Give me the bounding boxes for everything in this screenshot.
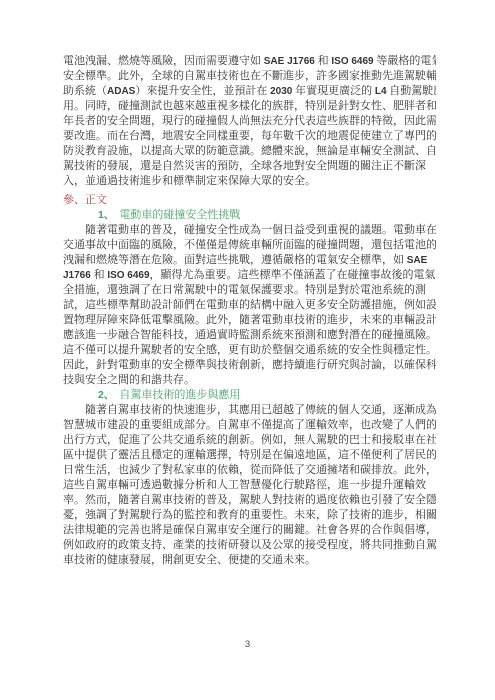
text-line: 電池洩漏、燃燒等風險，因而需要遵守如 SAE J1766 和 ISO 6469 … — [63, 54, 436, 69]
text-line: 全措施，還強調了在日常駕駛中的電氣保護要求。特別是對於電池系統的測 — [63, 283, 436, 298]
latin-text: ISO — [331, 56, 348, 67]
text-line: 日常生活，也減少了對私家車的依賴，從而降低了交通擁堵和碳排放。此外， — [63, 463, 436, 478]
text-line: 助系統（ADAS）來提升安全性，並預計在 2030 年實現更廣泛的 L4 自動駕… — [63, 84, 436, 99]
text-line: 率。然而，隨著自駕車技術的普及，駕駛人對技術的過度依賴也引發了安全隱 — [63, 493, 436, 508]
document-page: 電池洩漏、燃燒等風險，因而需要遵守如 SAE J1766 和 ISO 6469 … — [0, 0, 495, 700]
text-line: 區中提供了靈活且穩定的運輸選擇，特別是在偏遠地區，這不僅便利了居民的 — [63, 448, 436, 463]
text-line: 隨著電動車的普及，碰撞安全性成為一個日益受到重視的議題。電動車在 — [63, 223, 436, 238]
section-2-title: 自駕車技術的進步與應用 — [119, 389, 240, 401]
text-line: 年長者的安全問題，現行的碰撞假人尚無法充分代表這些族群的特徵，因此需 — [63, 114, 436, 129]
text-line: J1766 和 ISO 6469，顯得尤為重要。這些標準不僅涵蓋了在碰撞事故後的… — [63, 268, 436, 283]
section-1-number: 1、 — [98, 209, 114, 221]
main-section-heading: 參、正文 — [63, 193, 436, 208]
latin-text: J1766 — [63, 270, 91, 281]
section-2-heading: 2、自駕車技術的進步與應用 — [98, 388, 436, 403]
latin-text: 6469 — [351, 56, 373, 67]
latin-text: 2030 — [270, 86, 292, 97]
latin-text: 6469 — [127, 270, 149, 281]
text-line: 憂，強調了對駕駛行為的監控和教育的重要性。未來，除了技術的進步，相關 — [63, 508, 436, 523]
text-line: 技與安全之間的和諧共存。 — [63, 373, 436, 388]
section-1-paragraph: 隨著電動車的普及，碰撞安全性成為一個日益受到重視的議題。電動車在交通事故中面臨的… — [63, 223, 436, 388]
latin-text: J1766 — [287, 56, 315, 67]
text-line: 防災教育設施，以提高大眾的防範意識。總體來說，無論是車輛安全測試、自 — [63, 144, 436, 159]
text-line: 試，這些標準幫助設計師們在電動車的結構中融入更多安全防護措施，例如設 — [63, 298, 436, 313]
text-line: 這不僅可以提升駕駛者的安全感，更有助於整個交通系統的安全性與穩定性。 — [63, 343, 436, 358]
latin-text: ISO — [107, 270, 124, 281]
text-line: 智慧城市建設的重要組成部分。自駕車不僅提高了運輸效率，也改變了人們的 — [63, 418, 436, 433]
text-line: 要改進。而在台灣，地震安全同樣重要，每年數千次的地震促使建立了專門的 — [63, 129, 436, 144]
latin-text: SAE — [407, 255, 428, 266]
text-line: 法律規範的完善也將是確保自駕車安全運行的關鍵。社會各界的合作與倡導， — [63, 523, 436, 538]
text-line: 例如政府的政策支持、產業的技術研發以及公眾的接受程度，將共同推動自駕 — [63, 538, 436, 553]
text-line: 交通事故中面臨的風險，不僅僅是傳統車輛所面臨的碰撞問題，還包括電池的 — [63, 238, 436, 253]
text-line: 入，並通過技術進步和標準制定來保障大眾的安全。 — [63, 174, 436, 189]
section-1-heading: 1、電動車的碰撞安全性挑戰 — [98, 208, 436, 223]
text-line: 應該進一步融合智能科技，通過實時監測系統來預測和應對潛在的碰撞風險。 — [63, 328, 436, 343]
latin-text: SAE — [264, 56, 285, 67]
text-line: 隨著自駕車技術的快速進步，其應用已超越了傳統的個人交通，逐漸成為 — [63, 403, 436, 418]
section-1-title: 電動車的碰撞安全性挑戰 — [119, 209, 240, 221]
text-line: 置物理屏障來降低電擊風險。此外，隨著電動車技術的進步，未來的車輛設計 — [63, 313, 436, 328]
page-number: 3 — [0, 639, 495, 651]
text-line: 用。同時，碰撞測試也越來越重視多樣化的族群，特別是針對女性、肥胖者和 — [63, 99, 436, 114]
text-line: 車技術的健康發展，開創更安全、便捷的交通未來。 — [63, 553, 436, 568]
page-content: 電池洩漏、燃燒等風險，因而需要遵守如 SAE J1766 和 ISO 6469 … — [63, 54, 436, 568]
text-line: 因此，針對電動車的安全標準與技術創新，應持續進行研究與討論，以確保科 — [63, 358, 436, 373]
text-line: 安全標準。此外，全球的自駕車技術也在不斷進步，許多國家推動先進駕駛輔 — [63, 69, 436, 84]
latin-text: ADAS — [107, 86, 135, 97]
text-line: 出行方式，促進了公共交通系統的創新。例如，無人駕駛的巴士和接駁車在社 — [63, 433, 436, 448]
text-line: 洩漏和燃燒等潛在危險。面對這些挑戰，遵循嚴格的電氣安全標準，如 SAE — [63, 253, 436, 268]
text-line: 駕技術的發展，還是自然災害的預防，全球各地對安全問題的關注正不斷深 — [63, 159, 436, 174]
section-2-paragraph: 隨著自駕車技術的快速進步，其應用已超越了傳統的個人交通，逐漸成為智慧城市建設的重… — [63, 403, 436, 568]
intro-paragraph: 電池洩漏、燃燒等風險，因而需要遵守如 SAE J1766 和 ISO 6469 … — [63, 54, 436, 189]
section-2-number: 2、 — [98, 389, 114, 401]
text-line: 這些自駕車輛可透過數據分析和人工智慧優化行駛路徑，進一步提升運輸效 — [63, 478, 436, 493]
latin-text: L4 — [375, 86, 387, 97]
